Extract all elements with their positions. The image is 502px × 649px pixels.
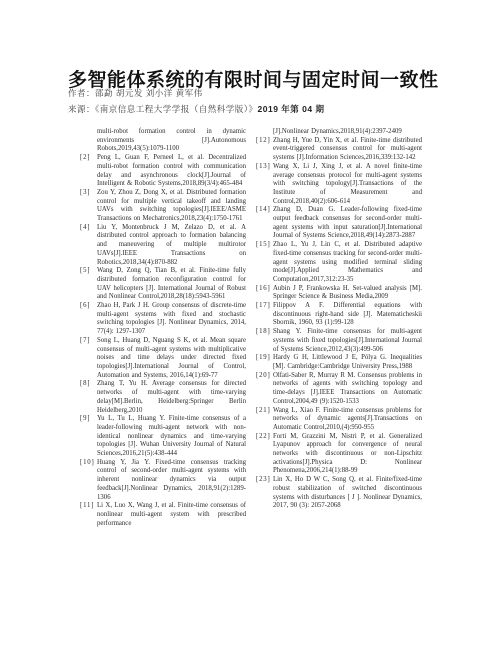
reference-item: [9]Yu L, Tu L, Huang Y. Finite-time cons… xyxy=(80,415,246,459)
reference-text: Zhang D, Duan G. Leader-following fixed-… xyxy=(273,206,422,239)
reference-number: [2] xyxy=(80,154,96,163)
reference-text: Zhang H, Yue D, Yin X, et al. Finite-tim… xyxy=(273,137,422,161)
reference-text: Zhang T, Yu H. Average consensus for dir… xyxy=(97,380,246,413)
reference-item: [21]Wang L, Xiao F. Finite-time consensu… xyxy=(256,407,422,433)
reference-text: Forti M, Grazzini M, Nistri P, et al. Ge… xyxy=(273,433,422,475)
reference-text: Song L, Huang D, Nguang S K, et al. Mean… xyxy=(97,337,246,379)
reference-item: [12]Zhang H, Yue D, Yin X, et al. Finite… xyxy=(256,137,422,163)
reference-number: [8] xyxy=(80,380,96,389)
reference-item: [13]Wang X, Li J, Xing J, et al. A novel… xyxy=(256,163,422,207)
reference-item: multi-robot formation control in dynamic… xyxy=(80,128,246,154)
references-column-left: multi-robot formation control in dynamic… xyxy=(80,128,246,528)
reference-item: [16]Aubin J P, Frankowska H. Set-valued … xyxy=(256,285,422,302)
reference-list: multi-robot formation control in dynamic… xyxy=(80,128,422,528)
source-line: 来源：《南京信息工程大学学报（自然科学版）》2019 年第 04 期 xyxy=(68,103,324,115)
reference-item: [23]Lin X, Ho D W C, Song Q, et al. Fini… xyxy=(256,476,422,511)
reference-item: [22]Forti M, Grazzini M, Nistri P, et al… xyxy=(256,433,422,477)
reference-item: [J].Nonlinear Dynamics,2018,91(4):2397-2… xyxy=(256,128,422,137)
reference-number: [20] xyxy=(256,372,272,381)
reference-text: [J].Nonlinear Dynamics,2018,91(4):2397-2… xyxy=(273,128,402,135)
reference-text: Olfati-Saber R, Murray R M. Consensus pr… xyxy=(273,372,422,405)
reference-text: Shang Y. Finite-time consensus for multi… xyxy=(273,328,422,352)
reference-item: [8]Zhang T, Yu H. Average consensus for … xyxy=(80,380,246,415)
reference-number: [23] xyxy=(256,476,272,485)
reference-text: Liu Y, Montenbruck J M, Zelazo D, et al.… xyxy=(97,224,246,266)
reference-number: [15] xyxy=(256,241,272,250)
author-line: 作者：邵勐 胡元发 刘小洋 黄军伟 xyxy=(68,87,203,99)
references-column-right: [J].Nonlinear Dynamics,2018,91(4):2397-2… xyxy=(256,128,422,528)
reference-number: [4] xyxy=(80,224,96,233)
reference-item: [15]Zhao L, Yu J, Lin C, et al. Distribu… xyxy=(256,241,422,285)
reference-number: [12] xyxy=(256,137,272,146)
reference-item: [11]Li X, Luo X, Wang J, et al. Finite-t… xyxy=(80,502,246,528)
reference-item: [4]Liu Y, Montenbruck J M, Zelazo D, et … xyxy=(80,224,246,268)
reference-item: [18]Shang Y. Finite-time consensus for m… xyxy=(256,328,422,354)
reference-number: [14] xyxy=(256,206,272,215)
reference-text: Zou Y, Zhou Z, Dong X, et al. Distribute… xyxy=(97,189,246,222)
reference-number: [6] xyxy=(80,302,96,311)
source-label: 来源： xyxy=(68,104,95,114)
reference-text: Wang X, Li J, Xing J, et al. A novel fin… xyxy=(273,163,422,205)
reference-item: [2]Peng L, Guan F, Perneel L, et al. Dec… xyxy=(80,154,246,189)
reference-number: [11] xyxy=(80,502,96,511)
reference-number: [7] xyxy=(80,337,96,346)
reference-text: Wang L, Xiao F. Finite-time consensus pr… xyxy=(273,407,422,431)
reference-number: [10] xyxy=(80,459,96,468)
reference-number: [13] xyxy=(256,163,272,172)
reference-item: [20]Olfati-Saber R, Murray R M. Consensu… xyxy=(256,372,422,407)
reference-number: [16] xyxy=(256,285,272,294)
reference-text: multi-robot formation control in dynamic… xyxy=(97,128,246,152)
source-issue: 2019 年第 04 期 xyxy=(258,104,325,114)
reference-text: Filippov A F. Differential equations wit… xyxy=(273,302,422,326)
reference-text: Wang D, Zong Q, Tian B, et al. Finite-ti… xyxy=(97,267,246,300)
reference-item: [17]Filippov A F. Differential equations… xyxy=(256,302,422,328)
reference-item: [19]Hardy G H, Littlewood J E, Pólya G. … xyxy=(256,354,422,371)
reference-number: [22] xyxy=(256,433,272,442)
reference-item: [5]Wang D, Zong Q, Tian B, et al. Finite… xyxy=(80,267,246,302)
reference-text: Zhao L, Yu J, Lin C, et al. Distributed … xyxy=(273,241,422,283)
reference-number: [21] xyxy=(256,407,272,416)
reference-number: [9] xyxy=(80,415,96,424)
reference-item: [6]Zhao H, Park J H. Group consensus of … xyxy=(80,302,246,337)
reference-text: Lin X, Ho D W C, Song Q, et al. Finite/f… xyxy=(273,476,422,509)
reference-text: Hardy G H, Littlewood J E, Pólya G. Ineq… xyxy=(273,354,422,370)
reference-item: [14]Zhang D, Duan G. Leader-following fi… xyxy=(256,206,422,241)
reference-text: Aubin J P, Frankowska H. Set-valued anal… xyxy=(273,285,422,301)
reference-number: [5] xyxy=(80,267,96,276)
reference-number: [17] xyxy=(256,302,272,311)
author-label: 作者： xyxy=(68,88,95,98)
reference-number: [19] xyxy=(256,354,272,363)
reference-text: Zhao H, Park J H. Group consensus of dis… xyxy=(97,302,246,335)
author-names: 邵勐 胡元发 刘小洋 黄军伟 xyxy=(95,88,203,98)
reference-number: [18] xyxy=(256,328,272,337)
document-page: 多智能体系统的有限时间与固定时间一致性 作者：邵勐 胡元发 刘小洋 黄军伟 来源… xyxy=(0,0,502,649)
reference-item: [3]Zou Y, Zhou Z, Dong X, et al. Distrib… xyxy=(80,189,246,224)
reference-item: [10]Huang Y, Jia Y. Fixed-time consensus… xyxy=(80,459,246,503)
reference-text: Peng L, Guan F, Perneel L, et al. Decent… xyxy=(97,154,246,187)
reference-text: Huang Y, Jia Y. Fixed-time consensus tra… xyxy=(97,459,246,501)
source-journal: 《南京信息工程大学学报（自然科学版）》 xyxy=(95,104,258,114)
reference-text: Li X, Luo X, Wang J, et al. Finite-time … xyxy=(97,502,246,526)
reference-item: [7]Song L, Huang D, Nguang S K, et al. M… xyxy=(80,337,246,381)
reference-number: [3] xyxy=(80,189,96,198)
reference-text: Yu L, Tu L, Huang Y. Finite-time consens… xyxy=(97,415,246,457)
